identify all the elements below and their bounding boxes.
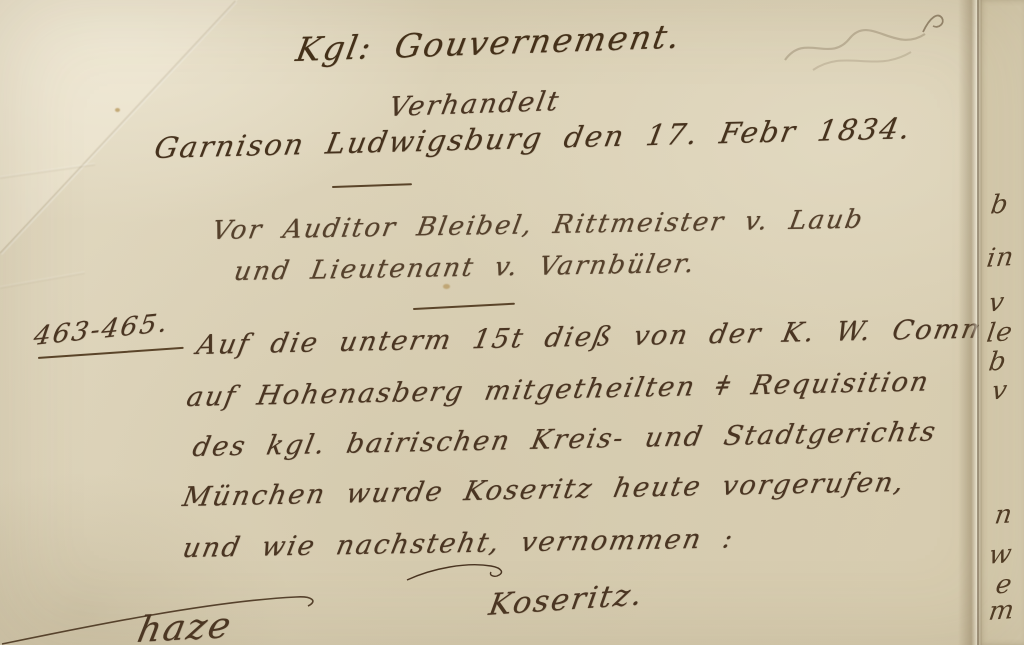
section-divider — [413, 303, 515, 310]
body-line: München wurde Koseritz heute vorgerufen, — [180, 467, 908, 513]
heading-verhandelt: Verhandelt — [386, 86, 562, 123]
paper-stain — [115, 108, 120, 112]
ink-bleedthrough-mark — [775, 2, 965, 87]
manuscript-page: Kgl: Gouvernement. Verhandelt Garnison L… — [0, 0, 1024, 645]
date-underline — [332, 183, 412, 187]
next-page-text-fragment: m — [987, 595, 1017, 627]
officials-line-2: und Lieutenant v. Varnbüler. — [232, 249, 699, 287]
binding-fold-line — [977, 0, 979, 645]
next-page-edge: b in v le b v n w e m — [979, 0, 1024, 645]
margin-entry-number: 463-465. — [32, 308, 171, 352]
paper-crease — [0, 271, 85, 289]
next-page-text-fragment: v — [990, 375, 1010, 406]
heading-place-date: Garnison Ludwigsburg den 17. Febr 1834. — [152, 111, 915, 165]
next-page-text-fragment: le — [985, 317, 1015, 349]
next-page-text-fragment: in — [985, 242, 1017, 274]
body-line: des kgl. bairischen Kreis- und Stadtgeri… — [190, 416, 940, 463]
body-line: auf Hohenasberg mitgetheilten ǂ Requisit… — [184, 367, 933, 413]
next-page-text-fragment: b — [989, 189, 1011, 220]
signature-flourish — [405, 558, 515, 586]
heading-authority: Kgl: Gouvernement. — [293, 17, 685, 69]
officials-line-1: Vor Auditor Bleibel, Rittmeister v. Laub — [210, 205, 867, 246]
body-line: Auf die unterm 15t dieß von der K. W. Co… — [194, 312, 1024, 361]
partial-word-cutoff: haze — [134, 605, 236, 645]
next-page-text-fragment: v — [987, 287, 1007, 318]
next-page-text-fragment: w — [987, 539, 1015, 571]
paper-stain — [443, 284, 450, 289]
next-page-text-fragment: b — [987, 346, 1009, 377]
next-page-text-fragment: n — [993, 499, 1015, 530]
